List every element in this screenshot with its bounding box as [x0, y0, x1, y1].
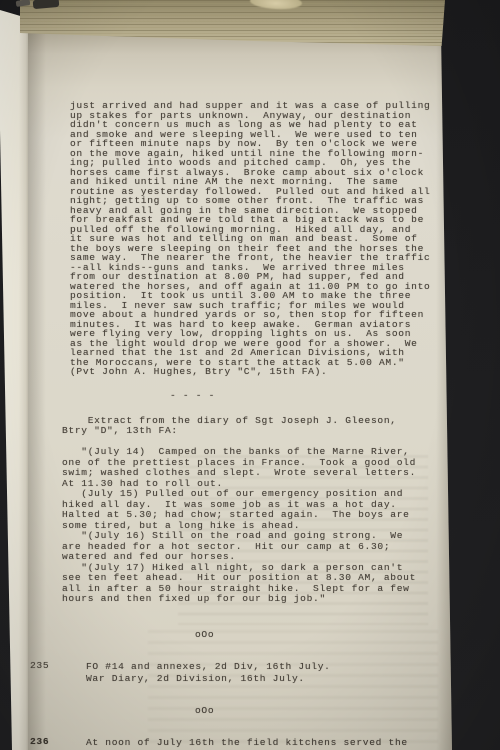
footnote-text: At noon of July 16th the field kitchens … [86, 737, 408, 749]
dash-separator: - - - - [170, 391, 215, 401]
footnote-number: 236 [30, 736, 49, 747]
footnote-text: FO #14 and annexes, 2d Div, 16th July. W… [86, 661, 331, 684]
section-separator-ooo: oOo [195, 706, 214, 716]
gleeson-extract-heading: Extract from the diary of Sgt Joseph J. … [62, 416, 397, 437]
gleeson-diary-extract: "(July 14) Camped on the banks of the Ma… [62, 447, 416, 605]
document-page: just arrived and had supper and it was a… [28, 30, 452, 750]
footnote-number: 235 [30, 660, 49, 671]
book-photo: just arrived and had supper and it was a… [0, 0, 500, 750]
hughes-diary-extract: just arrived and had supper and it was a… [70, 101, 430, 377]
section-separator-ooo: oOo [195, 630, 214, 640]
bleed-through-texture [148, 630, 438, 750]
